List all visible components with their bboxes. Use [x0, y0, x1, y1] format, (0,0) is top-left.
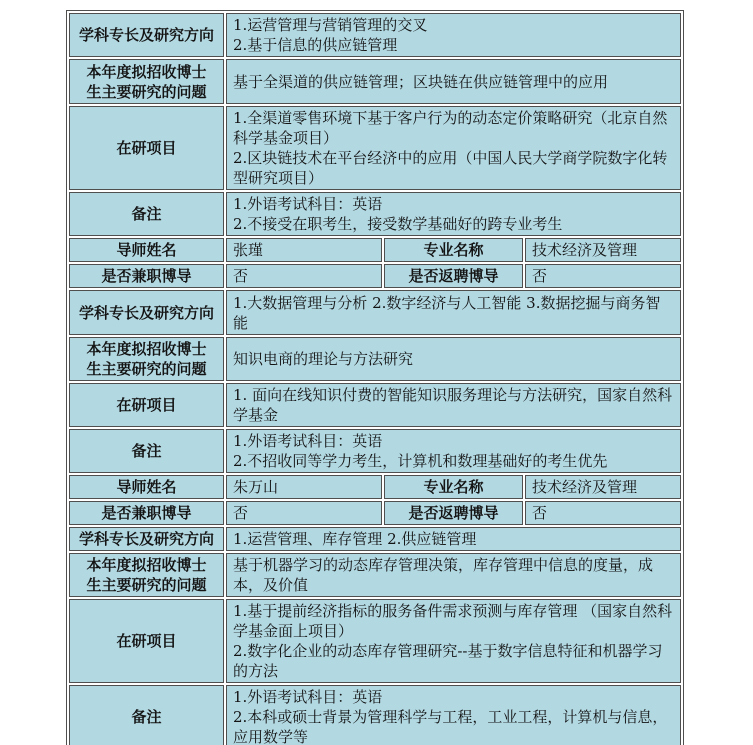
row-projects-c: 在研项目 1.基于提前经济指标的服务备件需求预测与库存管理 （国家自然科学基金面…: [69, 599, 681, 683]
row-question-c: 本年度拟招收博士 生主要研究的问题 基于机器学习的动态库存管理决策，库存管理中信…: [69, 553, 681, 597]
remarks-value: 1.外语考试科目：英语 2.本科或硕士背景为管理科学与工程，工业工程，计算机与信…: [226, 685, 681, 745]
rehired-value: 否: [525, 264, 681, 288]
specialty-value: 1.大数据管理与分析 2.数字经济与人工智能 3.数据挖掘与商务智能: [226, 290, 681, 335]
parttime-label: 是否兼职博导: [69, 264, 224, 288]
remarks-label: 备注: [69, 429, 224, 473]
major-value: 技术经济及管理: [525, 475, 681, 499]
remarks-value: 1.外语考试科目：英语 2.不招收同等学力考生，计算机和数理基础好的考生优先: [226, 429, 681, 473]
parttime-value: 否: [226, 501, 382, 525]
specialty-value: 1.运营管理、库存管理 2.供应链管理: [226, 527, 681, 551]
specialty-label: 学科专长及研究方向: [69, 527, 224, 551]
row-name-c: 导师姓名 朱万山 专业名称 技术经济及管理: [69, 475, 681, 499]
row-specialty-c: 学科专长及研究方向 1.运营管理、库存管理 2.供应链管理: [69, 527, 681, 551]
question-label: 本年度拟招收博士 生主要研究的问题: [69, 59, 224, 104]
parttime-label: 是否兼职博导: [69, 501, 224, 525]
advisor-table: 学科专长及研究方向 1.运营管理与营销管理的交叉 2.基于信息的供应链管理 本年…: [66, 10, 684, 745]
projects-label: 在研项目: [69, 383, 224, 427]
major-label: 专业名称: [384, 238, 523, 262]
question-value: 基于机器学习的动态库存管理决策，库存管理中信息的度量，成本，及价值: [226, 553, 681, 597]
question-label: 本年度拟招收博士 生主要研究的问题: [69, 337, 224, 381]
specialty-label: 学科专长及研究方向: [69, 13, 224, 57]
projects-value: 1. 面向在线知识付费的智能知识服务理论与方法研究，国家自然科学基金: [226, 383, 681, 427]
remarks-value: 1.外语考试科目：英语 2.不接受在职考生，接受数学基础好的跨专业考生: [226, 192, 681, 236]
remarks-label: 备注: [69, 192, 224, 236]
row-question-b: 本年度拟招收博士 生主要研究的问题 知识电商的理论与方法研究: [69, 337, 681, 381]
row-parttime-c: 是否兼职博导 否 是否返聘博导 否: [69, 501, 681, 525]
projects-label: 在研项目: [69, 106, 224, 190]
projects-value: 1.全渠道零售环境下基于客户行为的动态定价策略研究（北京自然科学基金项目） 2.…: [226, 106, 681, 190]
rehired-label: 是否返聘博导: [384, 501, 523, 525]
projects-value: 1.基于提前经济指标的服务备件需求预测与库存管理 （国家自然科学基金面上项目） …: [226, 599, 681, 683]
remarks-label: 备注: [69, 685, 224, 745]
question-label: 本年度拟招收博士 生主要研究的问题: [69, 553, 224, 597]
row-projects-b: 在研项目 1. 面向在线知识付费的智能知识服务理论与方法研究，国家自然科学基金: [69, 383, 681, 427]
specialty-value: 1.运营管理与营销管理的交叉 2.基于信息的供应链管理: [226, 13, 681, 57]
question-value: 基于全渠道的供应链管理；区块链在供应链管理中的应用: [226, 59, 681, 104]
document-page: 学科专长及研究方向 1.运营管理与营销管理的交叉 2.基于信息的供应链管理 本年…: [0, 0, 753, 745]
rehired-label: 是否返聘博导: [384, 264, 523, 288]
row-specialty-b: 学科专长及研究方向 1.大数据管理与分析 2.数字经济与人工智能 3.数据挖掘与…: [69, 290, 681, 335]
row-remarks-c: 备注 1.外语考试科目：英语 2.本科或硕士背景为管理科学与工程，工业工程，计算…: [69, 685, 681, 745]
specialty-label: 学科专长及研究方向: [69, 290, 224, 335]
row-question-a: 本年度拟招收博士 生主要研究的问题 基于全渠道的供应链管理；区块链在供应链管理中…: [69, 59, 681, 104]
question-value: 知识电商的理论与方法研究: [226, 337, 681, 381]
advisor-name-value: 张瑾: [226, 238, 382, 262]
row-parttime-b: 是否兼职博导 否 是否返聘博导 否: [69, 264, 681, 288]
advisor-name-value: 朱万山: [226, 475, 382, 499]
major-value: 技术经济及管理: [525, 238, 681, 262]
row-remarks-a: 备注 1.外语考试科目：英语 2.不接受在职考生，接受数学基础好的跨专业考生: [69, 192, 681, 236]
major-label: 专业名称: [384, 475, 523, 499]
parttime-value: 否: [226, 264, 382, 288]
row-remarks-b: 备注 1.外语考试科目：英语 2.不招收同等学力考生，计算机和数理基础好的考生优…: [69, 429, 681, 473]
row-specialty-a: 学科专长及研究方向 1.运营管理与营销管理的交叉 2.基于信息的供应链管理: [69, 13, 681, 57]
row-projects-a: 在研项目 1.全渠道零售环境下基于客户行为的动态定价策略研究（北京自然科学基金项…: [69, 106, 681, 190]
projects-label: 在研项目: [69, 599, 224, 683]
advisor-name-label: 导师姓名: [69, 475, 224, 499]
rehired-value: 否: [525, 501, 681, 525]
row-name-b: 导师姓名 张瑾 专业名称 技术经济及管理: [69, 238, 681, 262]
advisor-name-label: 导师姓名: [69, 238, 224, 262]
